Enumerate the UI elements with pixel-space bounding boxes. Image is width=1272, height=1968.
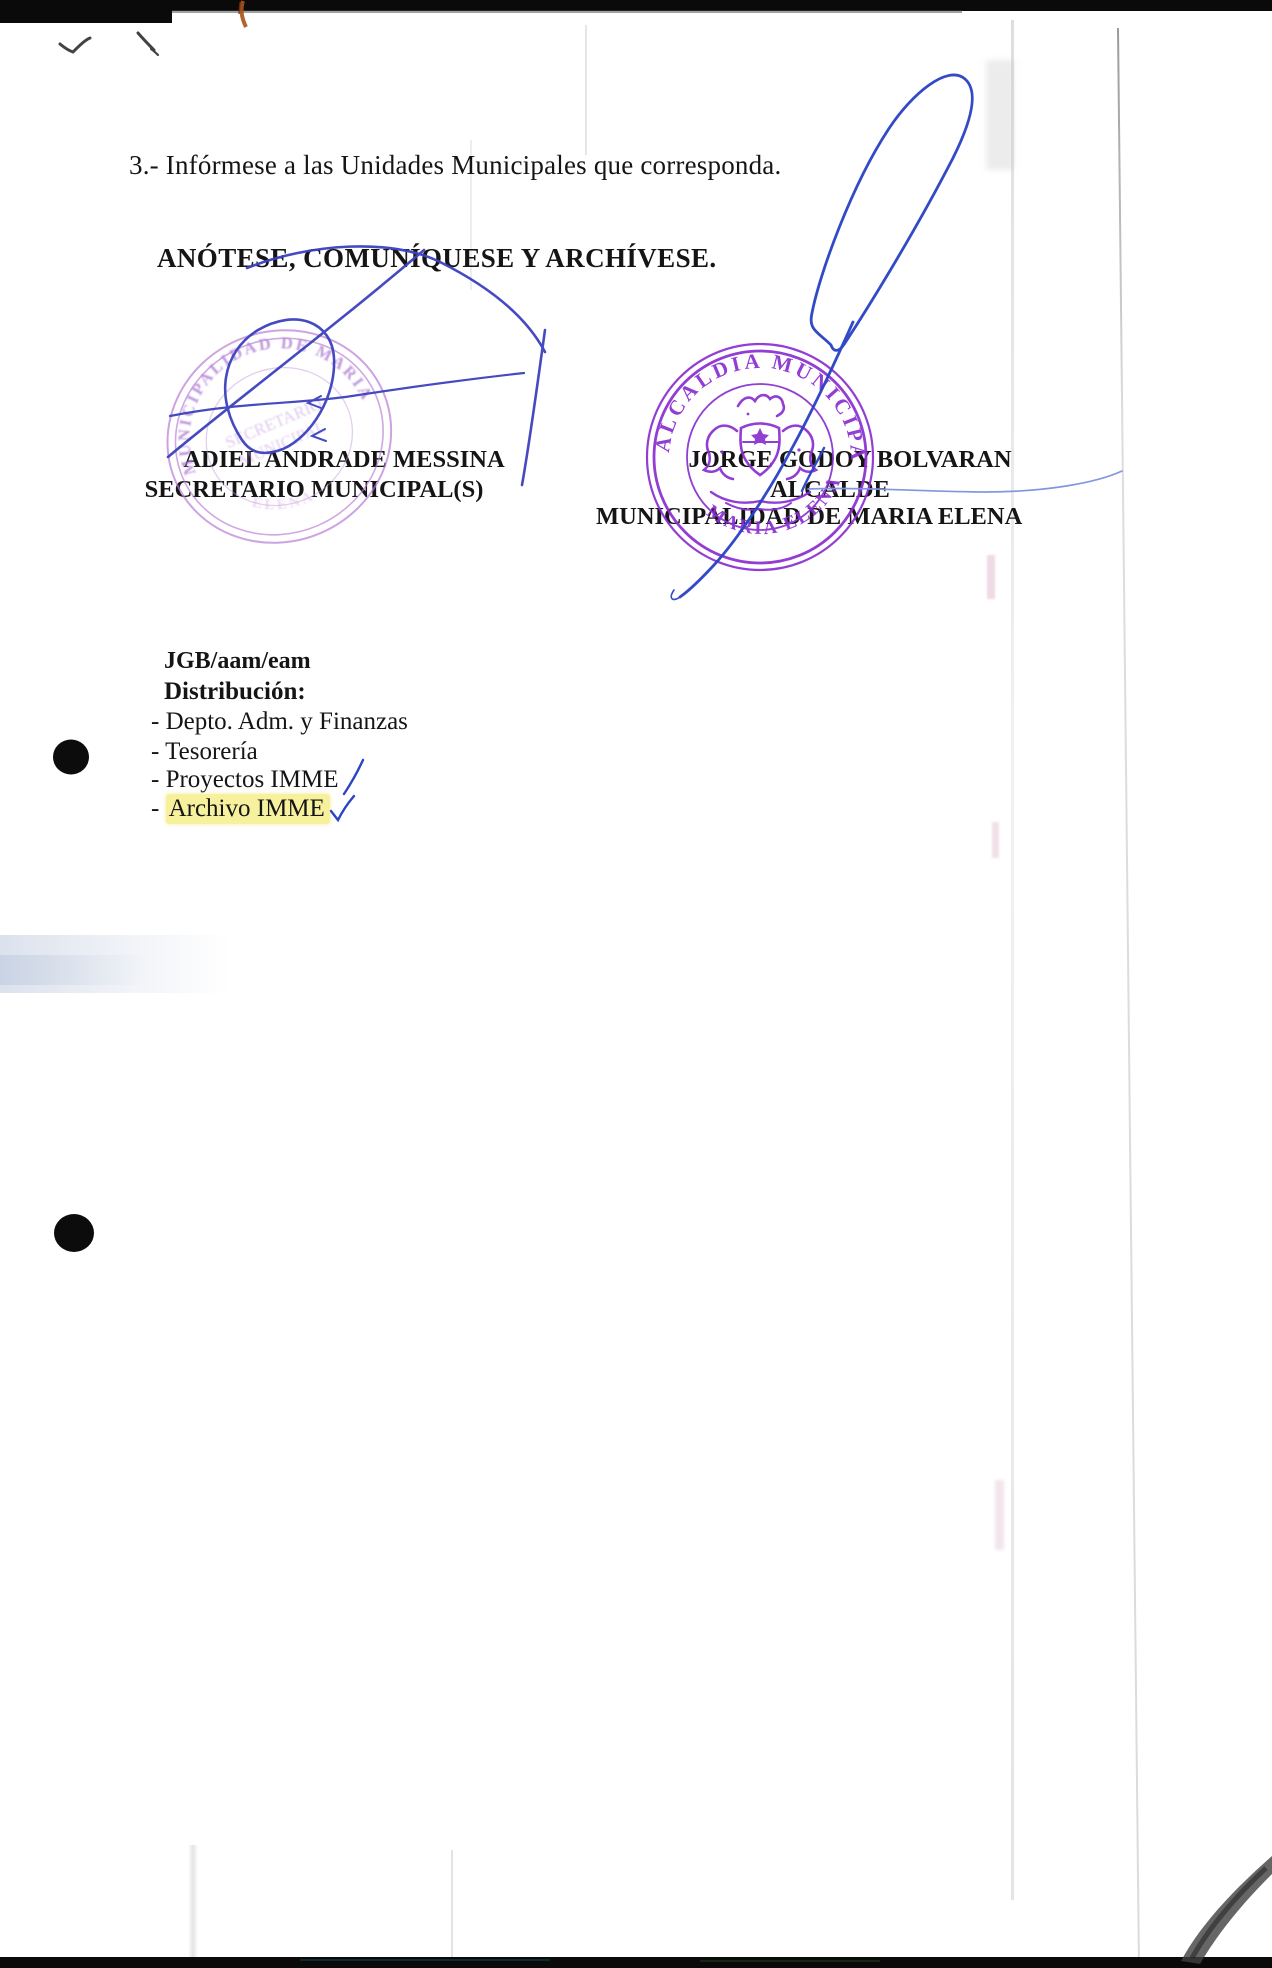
distribution-label: Distribución:: [164, 678, 306, 706]
proyectos-check-icon: [344, 760, 363, 794]
mayor-name: JORGE GODOY BOLVARAN: [640, 446, 1060, 474]
orange-fold-tick: [242, 1, 246, 27]
crease-top-1: [585, 25, 587, 155]
mayor-title: ALCALDE: [620, 476, 1040, 504]
archivo-check-icon: [331, 796, 354, 820]
pen-tick-2: [138, 33, 154, 50]
distribution-item-prefix: -: [151, 795, 166, 822]
pen-tick-1: [60, 38, 90, 52]
smudge-top-right: [986, 60, 1014, 170]
punch-hole-top: [53, 740, 89, 775]
directive-line: 3.- Infórmese a las Unidades Municipales…: [129, 150, 781, 181]
distribution-item-archivo: - Archivo IMME: [151, 795, 330, 823]
top-left-pen-marks: [60, 33, 158, 55]
distribution-item: - Tesorería: [151, 738, 258, 766]
scanned-document-page: 3.- Infórmese a las Unidades Municipales…: [0, 0, 1272, 1968]
corner-curl-shadow: [1181, 1856, 1272, 1964]
secretary-stamp-inner-line1: SECRETARIO: [222, 394, 325, 452]
pink-smudge-2: [992, 822, 999, 858]
distribution-item: - Depto. Adm. y Finanzas: [151, 708, 408, 736]
pen-tick-2b: [151, 49, 158, 55]
distribution-item: - Proyectos IMME: [151, 766, 338, 794]
mayor-organization: MUNICIPALIDAD DE MARIA ELENA: [596, 503, 1016, 531]
crease-bottom-2: [451, 1850, 453, 1966]
highlighted-archivo-text: Archivo IMME: [166, 794, 330, 824]
page-edge-line: [1117, 28, 1140, 1963]
secretary-name: ADIEL ANDRADE MESSINA: [134, 446, 554, 474]
scan-shadow-band-inner: [0, 955, 150, 985]
order-line: ANÓTESE, COMUNÍQUESE Y ARCHÍVESE.: [157, 243, 717, 274]
secretary-title: SECRETARIO MUNICIPAL(S): [104, 476, 524, 504]
crease-bottom-1: [188, 1845, 198, 1965]
pink-smudge-3: [995, 1480, 1004, 1550]
pink-smudge-1: [987, 555, 995, 599]
vertical-fold-crease: [1011, 20, 1014, 1900]
punch-hole-bottom: [54, 1214, 94, 1252]
alcaldia-stamp-top-text: ALCALDIA MUNICIPAL: [0, 0, 870, 464]
initials-line: JGB/aam/eam: [164, 648, 311, 675]
secretary-stamp: MUNICIPALIDAD DE MARIA ELENA SECRETARIO …: [134, 296, 424, 578]
